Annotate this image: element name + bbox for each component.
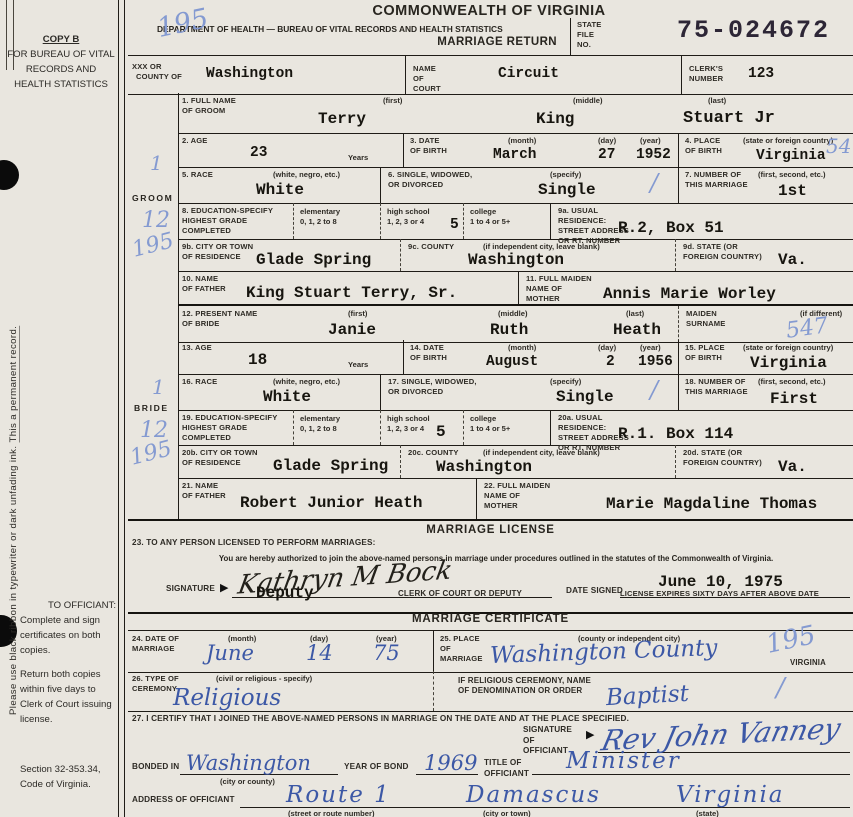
groom-middle-name: King — [536, 110, 574, 128]
bride-age-label: 13. AGE — [182, 343, 212, 353]
groom-state: Va. — [778, 251, 807, 269]
divider — [380, 374, 381, 410]
bride-margin-label: BRIDE — [134, 403, 169, 413]
divider — [380, 203, 381, 239]
bride-edu-elem: elementary — [300, 414, 340, 423]
divider — [675, 239, 676, 271]
groom-race-status-row: 5. RACE (white, negro, etc.) White 6. SI… — [178, 167, 853, 204]
bride-status-hint: (specify) — [550, 377, 581, 386]
groom-parents-row: 10. NAME OF FATHER King Stuart Terry, Sr… — [178, 271, 853, 305]
license-section: MARRIAGE LICENSE 23. TO ANY PERSON LICEN… — [128, 519, 853, 614]
bride-middle-hint: (middle) — [498, 309, 528, 318]
bride-edu-hs-range: 1, 2, 3 or 4 — [387, 424, 424, 433]
groom-race-hint: (white, negro, etc.) — [273, 170, 340, 179]
form-left-double-rule — [118, 0, 125, 817]
groom-years-hint: Years — [348, 153, 368, 162]
groom-pob-mark: 54 — [826, 134, 851, 158]
divider — [380, 167, 381, 203]
divider — [463, 410, 464, 445]
groom-first-name: Terry — [318, 110, 366, 128]
officiant-note-1: Complete and sign certificates on both c… — [20, 614, 116, 659]
bonded-in-label: BONDED IN — [132, 762, 179, 773]
deputy-title: Deputy — [256, 584, 314, 602]
bride-margin-mark-1: 1 — [152, 375, 165, 399]
note-part-1: Please use black ribbon in typewriter or… — [8, 442, 19, 715]
bride-county: Washington — [436, 458, 532, 476]
groom-edu-hs-range: 1, 2, 3 or 4 — [387, 217, 424, 226]
officiant-signature-arrow-icon: ▶ — [586, 728, 594, 741]
date-signed-label: DATE SIGNED — [566, 586, 623, 597]
groom-city-label: 9b. CITY OR TOWN OF RESIDENCE — [182, 242, 262, 262]
state-file-label: STATE FILE NO. — [577, 20, 603, 50]
signature-arrow-icon: ▶ — [220, 581, 228, 594]
groom-marriage-no: 1st — [778, 182, 807, 200]
bride-state: Va. — [778, 458, 807, 476]
groom-father-label: 10. NAME OF FATHER — [182, 274, 227, 294]
bride-status-label: 17. SINGLE, WIDOWED, OR DIVORCED — [388, 377, 483, 397]
bride-marriage-no-label: 18. NUMBER OF THIS MARRIAGE — [685, 377, 749, 397]
groom-first-hint: (first) — [383, 96, 402, 105]
bride-name-row: 12. PRESENT NAME OF BRIDE (first) (middl… — [178, 304, 853, 343]
cert-certify-line: 27. I CERTIFY THAT I JOINED THE ABOVE-NA… — [132, 714, 629, 725]
license-heading: MARRIAGE LICENSE — [128, 524, 853, 536]
groom-birth-year: 1952 — [636, 147, 671, 163]
divider — [678, 374, 679, 410]
groom-pob-hint: (state or foreign country) — [743, 136, 833, 145]
divider — [400, 239, 401, 271]
bride-age: 18 — [248, 351, 267, 369]
groom-dob-label: 3. DATE OF BIRTH — [410, 136, 450, 156]
cert-place-label: 25. PLACE OF MARRIAGE — [440, 634, 490, 664]
bride-maiden-label: MAIDEN SURNAME — [686, 309, 734, 329]
code-section-note: Section 32-353.34, Code of Virginia. — [20, 763, 116, 793]
groom-last-hint: (last) — [708, 96, 726, 105]
groom-pob-label: 4. PLACE OF BIRTH — [685, 136, 731, 156]
groom-edu-col-range: 1 to 4 or 5+ — [470, 217, 510, 226]
court-label: NAME OF COURT — [413, 64, 448, 94]
bride-pob: Virginia — [750, 354, 827, 372]
divider — [433, 671, 434, 711]
county-court-divider — [405, 56, 406, 94]
groom-status: Single — [538, 181, 596, 199]
officiant-city: Damascus — [466, 782, 601, 808]
bride-status-mark: / — [650, 376, 658, 404]
officiant-address-label: ADDRESS OF OFFICIANT — [132, 795, 235, 806]
state-file-number-stamp: 75-024672 — [677, 16, 853, 45]
bride-father: Robert Junior Heath — [240, 494, 422, 512]
certificate-heading: MARRIAGE CERTIFICATE — [128, 613, 853, 625]
cert-place-mark: 195 — [763, 620, 818, 660]
divider — [675, 445, 676, 478]
county-value: Washington — [206, 66, 293, 82]
divider — [293, 203, 294, 239]
bride-mother: Marie Magdaline Thomas — [606, 495, 817, 513]
license-authorization: You are hereby authorized to join the ab… — [176, 554, 816, 563]
court-value: Circuit — [498, 66, 559, 82]
cert-denom-mark: / — [776, 673, 785, 703]
cert-day: 14 — [306, 641, 333, 665]
clerk-caption: CLERK OF COURT OR DEPUTY — [398, 589, 522, 599]
groom-edu-label: 8. EDUCATION-SPECIFY HIGHEST GRADE COMPL… — [182, 206, 280, 236]
officiant-state: Virginia — [676, 782, 785, 808]
groom-last-name: Stuart Jr — [683, 109, 775, 128]
groom-county-label: 9c. COUNTY — [408, 242, 454, 252]
marriage-return-scan: COPY B FOR BUREAU OF VITAL RECORDS AND H… — [0, 0, 853, 817]
bride-age-dob-row: 13. AGE 18 Years 14. DATE OF BIRTH (mont… — [178, 340, 853, 375]
groom-margin-mark-195: 195 — [130, 228, 177, 262]
license-expires-note: LICENSE EXPIRES SIXTY DAYS AFTER ABOVE D… — [620, 589, 819, 599]
note-part-2: This a permanent record. — [8, 326, 19, 443]
groom-age-dob-row: 2. AGE 23 Years 3. DATE OF BIRTH (month)… — [178, 133, 853, 168]
groom-race: White — [256, 181, 304, 199]
county-row: XXX OR COUNTY OF Washington NAME OF COUR… — [128, 55, 853, 95]
county-label-struck: XXX OR — [132, 62, 162, 72]
divider — [403, 340, 404, 374]
bride-edu-label: 19. EDUCATION-SPECIFY HIGHEST GRADE COMP… — [182, 413, 280, 443]
groom-county-hint: (if independent city, leave blank) — [483, 242, 600, 251]
groom-edu-value: 5 — [450, 217, 459, 233]
groom-race-label: 5. RACE — [182, 170, 213, 180]
department-line: DEPARTMENT OF HEALTH — BUREAU OF VITAL R… — [157, 24, 562, 34]
officiant-title-value: Minister — [566, 748, 681, 774]
bride-edu-col-range: 1 to 4 or 5+ — [470, 424, 510, 433]
cert-place-state: VIRGINIA — [790, 658, 826, 668]
bride-parents-row: 21. NAME OF FATHER Robert Junior Heath 2… — [178, 478, 853, 520]
divider — [678, 340, 679, 374]
bride-status: Single — [556, 388, 614, 406]
groom-status-label: 6. SINGLE, WIDOWED, OR DIVORCED — [388, 170, 483, 190]
bride-name-label: 12. PRESENT NAME OF BRIDE — [182, 309, 260, 329]
divider — [550, 410, 551, 445]
bond-year-value: 1969 — [424, 751, 477, 775]
divider — [678, 167, 679, 203]
bonded-value: Washington — [186, 751, 311, 775]
cert-date-place-row: 24. DATE OF MARRIAGE (month) (day) (year… — [128, 630, 853, 673]
bride-edu-col: college — [470, 414, 496, 423]
groom-education-row: 8. EDUCATION-SPECIFY HIGHEST GRADE COMPL… — [178, 203, 853, 240]
bride-race: White — [263, 388, 311, 406]
bride-city: Glade Spring — [273, 457, 388, 475]
officiant-title-label: TITLE OF OFFICIANT — [484, 758, 529, 779]
groom-age-label: 2. AGE — [182, 136, 208, 146]
groom-day-hint: (day) — [598, 136, 616, 145]
bride-last-name: Heath — [613, 321, 661, 339]
groom-edu-hs: high school — [387, 207, 430, 216]
bride-father-label: 21. NAME OF FATHER — [182, 481, 227, 501]
bride-county-hint: (if independent city, leave blank) — [483, 448, 600, 457]
cert-denom: Baptist — [605, 681, 689, 711]
copy-subtitle: FOR BUREAU OF VITAL RECORDS AND HEALTH S… — [6, 48, 116, 93]
permanent-record-note: Please use black ribbon in typewriter or… — [8, 175, 19, 715]
bride-race-label: 16. RACE — [182, 377, 217, 387]
court-clerk-divider — [681, 56, 682, 94]
bride-last-hint: (last) — [626, 309, 644, 318]
cert-year: 75 — [373, 641, 400, 665]
cert-date-label: 24. DATE OF MARRIAGE — [132, 634, 182, 654]
license-signature-label: SIGNATURE — [166, 584, 215, 595]
bride-middle-name: Ruth — [490, 321, 528, 339]
bride-pob-hint: (state or foreign country) — [743, 343, 833, 352]
divider — [476, 478, 477, 519]
groom-city: Glade Spring — [256, 251, 371, 269]
divider — [433, 631, 434, 672]
state-file-box: STATE FILE NO. — [570, 18, 645, 55]
groom-birth-day: 27 — [598, 147, 615, 163]
groom-marriage-no-label: 7. NUMBER OF THIS MARRIAGE — [685, 170, 749, 190]
bride-state-label: 20d. STATE (OR FOREIGN COUNTRY) — [683, 448, 768, 468]
clerks-label: CLERK'S NUMBER — [689, 64, 724, 84]
divider — [400, 445, 401, 478]
cert-ceremony-row: 26. TYPE OF CEREMONY (civil or religious… — [128, 671, 853, 712]
clerks-value: 123 — [748, 66, 774, 82]
bride-mother-label: 22. FULL MAIDEN NAME OF MOTHER — [484, 481, 556, 511]
groom-month-hint: (month) — [508, 136, 536, 145]
bride-marriage-no: First — [770, 390, 818, 408]
margin-column: 1 GROOM 12 195 1 BRIDE 12 195 — [128, 93, 179, 519]
to-officiant-block: TO OFFICIANT: Complete and sign certific… — [20, 599, 116, 728]
divider — [403, 133, 404, 167]
groom-marriage-no-hint: (first, second, etc.) — [758, 170, 826, 179]
divider — [293, 410, 294, 445]
cert-ceremony: Religious — [173, 685, 281, 711]
bride-birth-year: 1956 — [638, 354, 673, 370]
copy-designation: COPY B FOR BUREAU OF VITAL RECORDS AND H… — [6, 33, 116, 92]
bride-birth-month: August — [486, 354, 538, 370]
officiant-note-2: Return both copies within five days to C… — [20, 668, 116, 727]
bride-day-hint: (day) — [598, 343, 616, 352]
bride-race-hint: (white, negro, etc.) — [273, 377, 340, 386]
bride-year-hint: (year) — [640, 343, 661, 352]
bride-county-label: 20c. COUNTY — [408, 448, 459, 458]
bride-edu-value: 5 — [436, 423, 446, 441]
form: COMMONWEALTH OF VIRGINIA DEPARTMENT OF H… — [125, 0, 853, 817]
officiant-title-line — [532, 774, 850, 775]
cert-ceremony-hint: (civil or religious - specify) — [216, 674, 312, 683]
bride-years-hint: Years — [348, 360, 368, 369]
copy-title: COPY B — [6, 33, 116, 48]
bride-edu-elem-range: 0, 1, 2 to 8 — [300, 424, 337, 433]
groom-name-label: 1. FULL NAME OF GROOM — [182, 96, 244, 116]
state-hint: (state) — [696, 809, 719, 817]
groom-edu-elem-range: 0, 1, 2 to 8 — [300, 217, 337, 226]
divider — [678, 133, 679, 167]
groom-edu-elem: elementary — [300, 207, 340, 216]
bride-month-hint: (month) — [508, 343, 536, 352]
groom-age: 23 — [250, 145, 267, 161]
bride-edu-hs: high school — [387, 414, 430, 423]
groom-county: Washington — [468, 251, 564, 269]
groom-year-hint: (year) — [640, 136, 661, 145]
bride-margin-mark-195: 195 — [128, 436, 175, 470]
groom-margin-mark-1: 1 — [150, 151, 163, 175]
officiant-street: Route 1 — [286, 782, 391, 808]
groom-name-row: 1. FULL NAME OF GROOM (first) (middle) (… — [178, 93, 853, 134]
bride-city-label: 20b. CITY OR TOWN OF RESIDENCE — [182, 448, 262, 468]
divider — [550, 203, 551, 239]
cert-denom-label: IF RELIGIOUS CEREMONY, NAME OF DENOMINAT… — [458, 676, 593, 697]
groom-pob: Virginia — [756, 148, 826, 164]
bond-year-label: YEAR OF BOND — [344, 762, 409, 773]
street-hint: (street or route number) — [288, 809, 375, 817]
bride-dob-label: 14. DATE OF BIRTH — [410, 343, 450, 363]
certificate-section: MARRIAGE CERTIFICATE 24. DATE OF MARRIAG… — [128, 610, 853, 817]
bride-birth-day: 2 — [606, 354, 615, 370]
bride-residence-row: 20b. CITY OR TOWN OF RESIDENCE Glade Spr… — [178, 445, 853, 479]
county-of-label: COUNTY OF — [136, 72, 182, 82]
divider — [463, 203, 464, 239]
groom-birth-month: March — [493, 147, 537, 163]
bride-first-name: Janie — [328, 321, 376, 339]
groom-state-label: 9d. STATE (OR FOREIGN COUNTRY) — [683, 242, 768, 262]
groom-res: R.2, Box 51 — [618, 219, 724, 237]
cert-month: June — [206, 641, 254, 665]
bride-education-row: 19. EDUCATION-SPECIFY HIGHEST GRADE COMP… — [178, 410, 853, 446]
groom-edu-col: college — [470, 207, 496, 216]
groom-mother-label: 11. FULL MAIDEN NAME OF MOTHER — [526, 274, 598, 304]
groom-residence-row: 9b. CITY OR TOWN OF RESIDENCE Glade Spri… — [178, 239, 853, 272]
bonded-hint: (city or county) — [220, 777, 275, 786]
groom-father: King Stuart Terry, Sr. — [246, 284, 457, 302]
groom-middle-hint: (middle) — [573, 96, 603, 105]
bride-res: R.1. Box 114 — [618, 425, 733, 443]
divider — [678, 306, 679, 342]
divider — [380, 410, 381, 445]
bride-first-hint: (first) — [348, 309, 367, 318]
cert-place: Washington County — [490, 635, 718, 669]
groom-margin-label: GROOM — [132, 193, 173, 203]
groom-status-hint: (specify) — [550, 170, 581, 179]
city-hint: (city or town) — [483, 809, 531, 817]
bride-race-status-row: 16. RACE (white, negro, etc.) White 17. … — [178, 374, 853, 411]
bride-pob-label: 15. PLACE OF BIRTH — [685, 343, 731, 363]
to-officiant-heading: TO OFFICIANT: — [20, 599, 116, 614]
license-line23: 23. TO ANY PERSON LICENSED TO PERFORM MA… — [132, 538, 375, 549]
divider — [518, 271, 519, 304]
form-name: MARRIAGE RETURN — [425, 36, 557, 48]
groom-mother: Annis Marie Worley — [603, 285, 776, 303]
bride-marriage-no-hint: (first, second, etc.) — [758, 377, 826, 386]
groom-status-mark: / — [650, 169, 658, 197]
